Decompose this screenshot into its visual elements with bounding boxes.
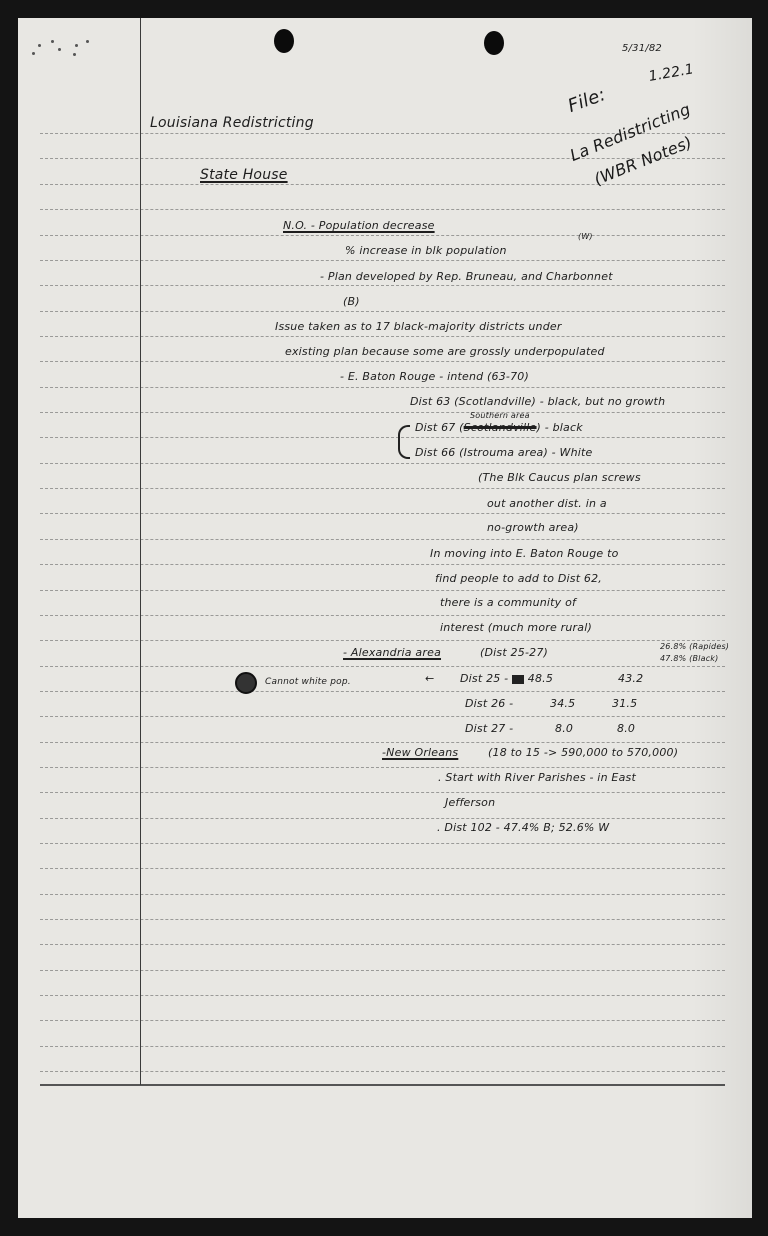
punch-hole: [274, 29, 294, 53]
note-line: (18 to 15 -> 590,000 to 570,000): [488, 747, 678, 758]
note-line: Issue taken as to 17 black-majority dist…: [275, 321, 562, 332]
note-line: (The Blk Caucus plan screws: [478, 472, 641, 483]
table-cell: 8.0: [555, 723, 573, 734]
note-line: Cannot white pop.: [265, 678, 351, 687]
note-line: In moving into E. Baton Rouge to: [430, 548, 619, 559]
note-line: . Start with River Parishes - in East: [438, 772, 636, 783]
note-line: Dist 63 (Scotlandville) - black, but no …: [410, 396, 665, 407]
table-cell: 43.2: [618, 673, 643, 684]
table-cell: 31.5: [612, 698, 637, 709]
note-line: . Dist 102 - 47.4% B; 52.6% W: [437, 822, 609, 833]
margin-line: [140, 18, 141, 1085]
note-line: out another dist. in a: [487, 498, 607, 509]
note-line: - Plan developed by Rep. Bruneau, and Ch…: [320, 271, 613, 282]
note-line: there is a community of: [440, 597, 576, 608]
note-annotation: 47.8% (Black): [660, 655, 718, 663]
note-line: Dist 66 (Istrouma area) - White: [415, 447, 593, 458]
table-row: Dist 26 -: [465, 698, 513, 709]
note-line: (Dist 25-27): [480, 647, 548, 658]
circled-mark: [235, 672, 257, 694]
note-insert: Southern area: [470, 412, 530, 420]
note-annotation: 26.8% (Rapides): [660, 643, 729, 651]
note-line: -New Orleans: [382, 747, 458, 758]
arrow-icon: ←: [425, 673, 434, 684]
bracket: [398, 425, 410, 459]
punch-hole: [484, 31, 504, 55]
date-stamp: 5/31/82: [622, 44, 662, 54]
note-line: - Alexandria area: [343, 647, 441, 658]
notebook-page: [18, 18, 752, 1218]
note-line: % increase in blk population: [345, 245, 507, 256]
note-line: N.O. - Population decrease: [283, 220, 435, 231]
table-row: Dist 27 -: [465, 723, 513, 734]
ruled-lines: [40, 18, 725, 1118]
table-cell: 34.5: [550, 698, 575, 709]
note-line: find people to add to Dist 62,: [435, 573, 602, 584]
table-cell: 8.0: [617, 723, 635, 734]
note-line: Dist 67 (Scotlandville) - black: [415, 422, 583, 433]
section-heading: State House: [200, 168, 288, 182]
note-mark: (B): [343, 296, 360, 307]
note-line: interest (much more rural): [440, 622, 592, 633]
note-line: no-growth area): [487, 522, 579, 533]
note-line: - E. Baton Rouge - intend (63-70): [340, 371, 529, 382]
note-line: existing plan because some are grossly u…: [285, 346, 605, 357]
table-row: Dist 25 - 48.5: [460, 673, 553, 684]
note-mark: (W): [578, 233, 593, 241]
note-line: Jefferson: [445, 797, 495, 808]
page-title: Louisiana Redistricting: [150, 116, 314, 130]
